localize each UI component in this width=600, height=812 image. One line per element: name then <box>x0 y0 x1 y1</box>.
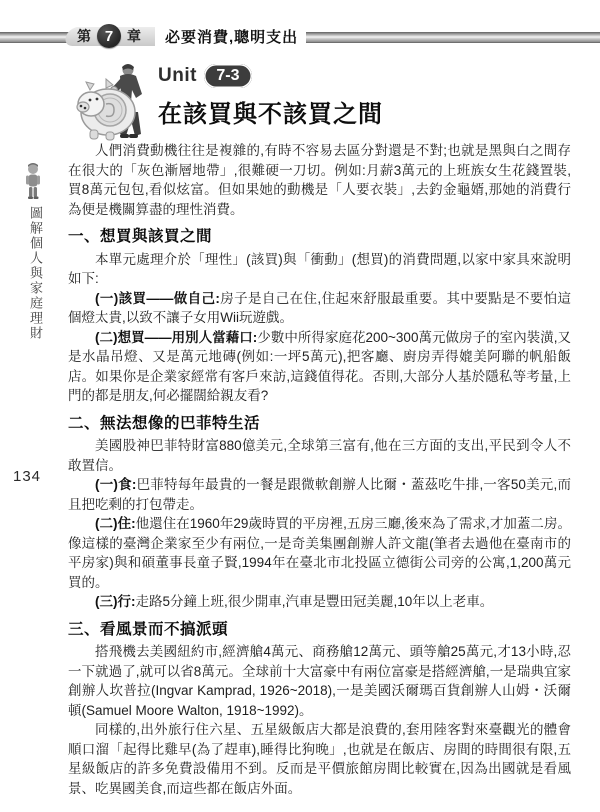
piggy-bank-illustration <box>76 60 154 142</box>
paragraph: (二)住:他還住在1960年29歲時買的平房裡,五房三廳,後來為了需求,才加蓋二… <box>68 514 571 592</box>
unit-title: 在該買與不該買之間 <box>158 94 383 129</box>
page-number: 134 <box>13 468 41 485</box>
section-heading-2: 二、無法想像的巴菲特生活 <box>68 414 571 434</box>
sidebar: 圖解個人與家庭理財 134 <box>0 150 62 750</box>
person-icon <box>22 162 44 200</box>
chapter-title: 必要消費,聰明支出 <box>155 24 306 49</box>
chapter-number-badge: 7 <box>97 24 121 48</box>
sidebar-book-title: 圖解個人與家庭理財 <box>26 206 45 341</box>
unit-label: Unit <box>158 65 197 87</box>
unit-line: Unit 7-3 <box>158 64 252 88</box>
paragraph: 同樣的,出外旅行住六星、五星級飯店大都是浪費的,套用陸客對來臺觀光的體會順口溜「… <box>68 720 571 798</box>
unit-number-badge: 7-3 <box>204 64 252 88</box>
paragraph: (一)該買——做自己:房子是自己在住,住起來舒服最重要。其中要點是不要怕這個燈太… <box>68 289 571 328</box>
paragraph: (三)行:走路5分鐘上班,很少開車,汽車是豐田冠美麗,10年以上老車。 <box>68 592 571 612</box>
section-heading-1: 一、想買與該買之間 <box>68 227 571 247</box>
paragraph: 搭飛機去美國紐約市,經濟艙4萬元、商務艙12萬元、頭等艙25萬元,才13小時,忍… <box>68 642 571 720</box>
paragraph: 本單元處理介於「理性」(該買)與「衝動」(想買)的消費問題,以家中家具來說明如下… <box>68 250 571 289</box>
chapter-header: 第 7 章 必要消費,聰明支出 <box>76 20 306 52</box>
chapter-suffix: 章 <box>126 26 142 46</box>
intro-paragraph: 人們消費動機往往是複雜的,有時不容易去區分對還是不對;也就是黑與白之間存在很大的… <box>68 141 571 219</box>
paragraph: 美國股神巴菲特財富880億美元,全球第三富有,他在三方面的支出,平民到令人不敢置… <box>68 436 571 475</box>
section-heading-3: 三、看風景而不搞派頭 <box>68 620 571 640</box>
paragraph: (二)想買——用別人當藉口:少數中所得家庭花200~300萬元做房子的室內裝潢,… <box>68 328 571 406</box>
body-content: 人們消費動機往往是複雜的,有時不容易去區分對還是不對;也就是黑與白之間存在很大的… <box>68 141 571 801</box>
paragraph: (一)食:巴菲特每年最貴的一餐是跟微軟創辦人比爾・蓋茲吃牛排,一客50美元,而且… <box>68 475 571 514</box>
chapter-prefix: 第 <box>76 26 92 46</box>
book-page: 第 7 章 必要消費,聰明支出 <box>0 0 600 812</box>
